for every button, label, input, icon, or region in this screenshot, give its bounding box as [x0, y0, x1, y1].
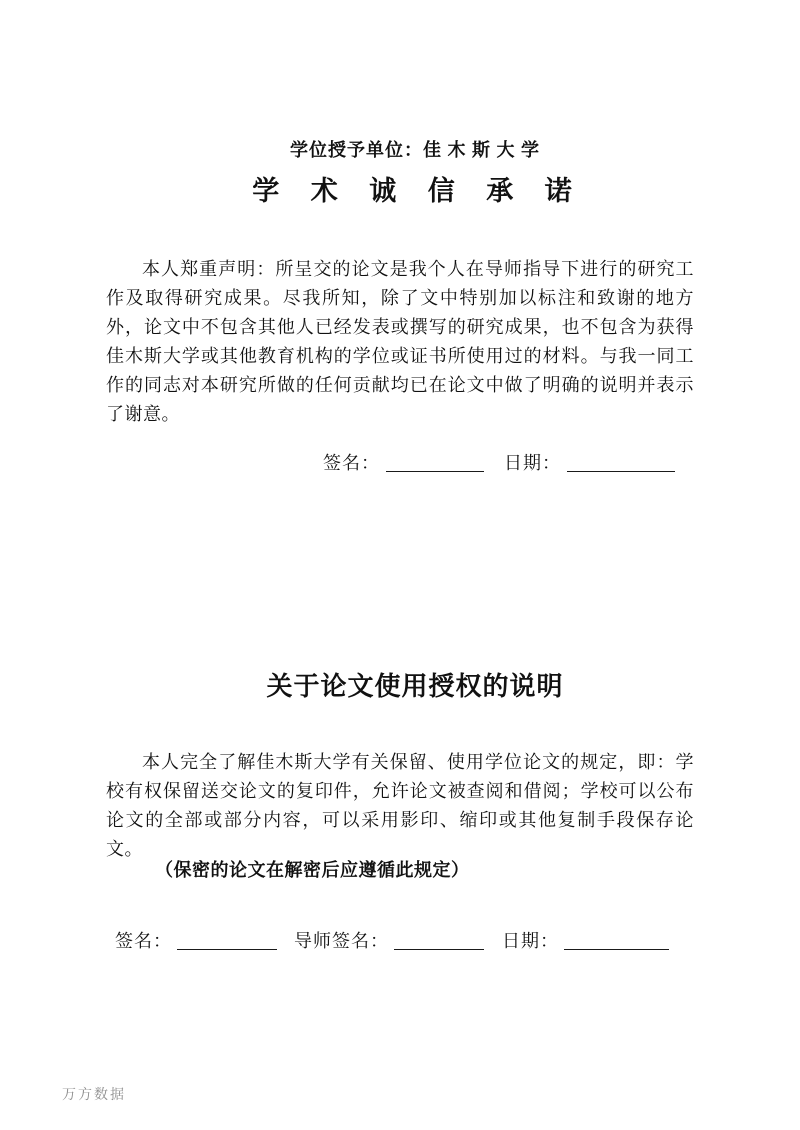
- authorization-paragraph: 本人完全了解佳木斯大学有关保留、使用学位论文的规定，即：学校有权保留送交论文的复…: [106, 748, 694, 864]
- thesis-declaration-page: 学位授予单位：佳 木 斯 大 学 学 术 诚 信 承 诺 本人郑重声明：所呈交的…: [0, 0, 800, 1130]
- wanfang-data-watermark: 万方数据: [62, 1084, 126, 1104]
- signature-blank-line: [177, 932, 277, 950]
- date-label: 日期：: [504, 453, 561, 473]
- confidential-note: （保密的论文在解密后应遵循此规定）: [155, 856, 470, 882]
- date-blank-line: [564, 932, 669, 950]
- date-blank-line: [567, 454, 675, 472]
- signature-blank-line: [386, 454, 484, 472]
- signature-row-authorization: 签名：导师签名：日期：: [115, 927, 669, 953]
- advisor-signature-label: 导师签名：: [294, 931, 389, 951]
- signature-row-declaration: 签名：日期：: [323, 449, 675, 475]
- signature-label: 签名：: [323, 453, 380, 473]
- academic-integrity-title: 学 术 诚 信 承 诺: [0, 169, 800, 208]
- signature-label: 签名：: [115, 931, 172, 951]
- degree-granting-institution-line: 学位授予单位：佳 木 斯 大 学: [0, 136, 800, 162]
- usage-authorization-title: 关于论文使用授权的说明: [0, 666, 800, 703]
- declaration-paragraph: 本人郑重声明：所呈交的论文是我个人在导师指导下进行的研究工作及取得研究成果。尽我…: [106, 255, 694, 429]
- advisor-signature-blank-line: [394, 932, 484, 950]
- date-label: 日期：: [502, 931, 559, 951]
